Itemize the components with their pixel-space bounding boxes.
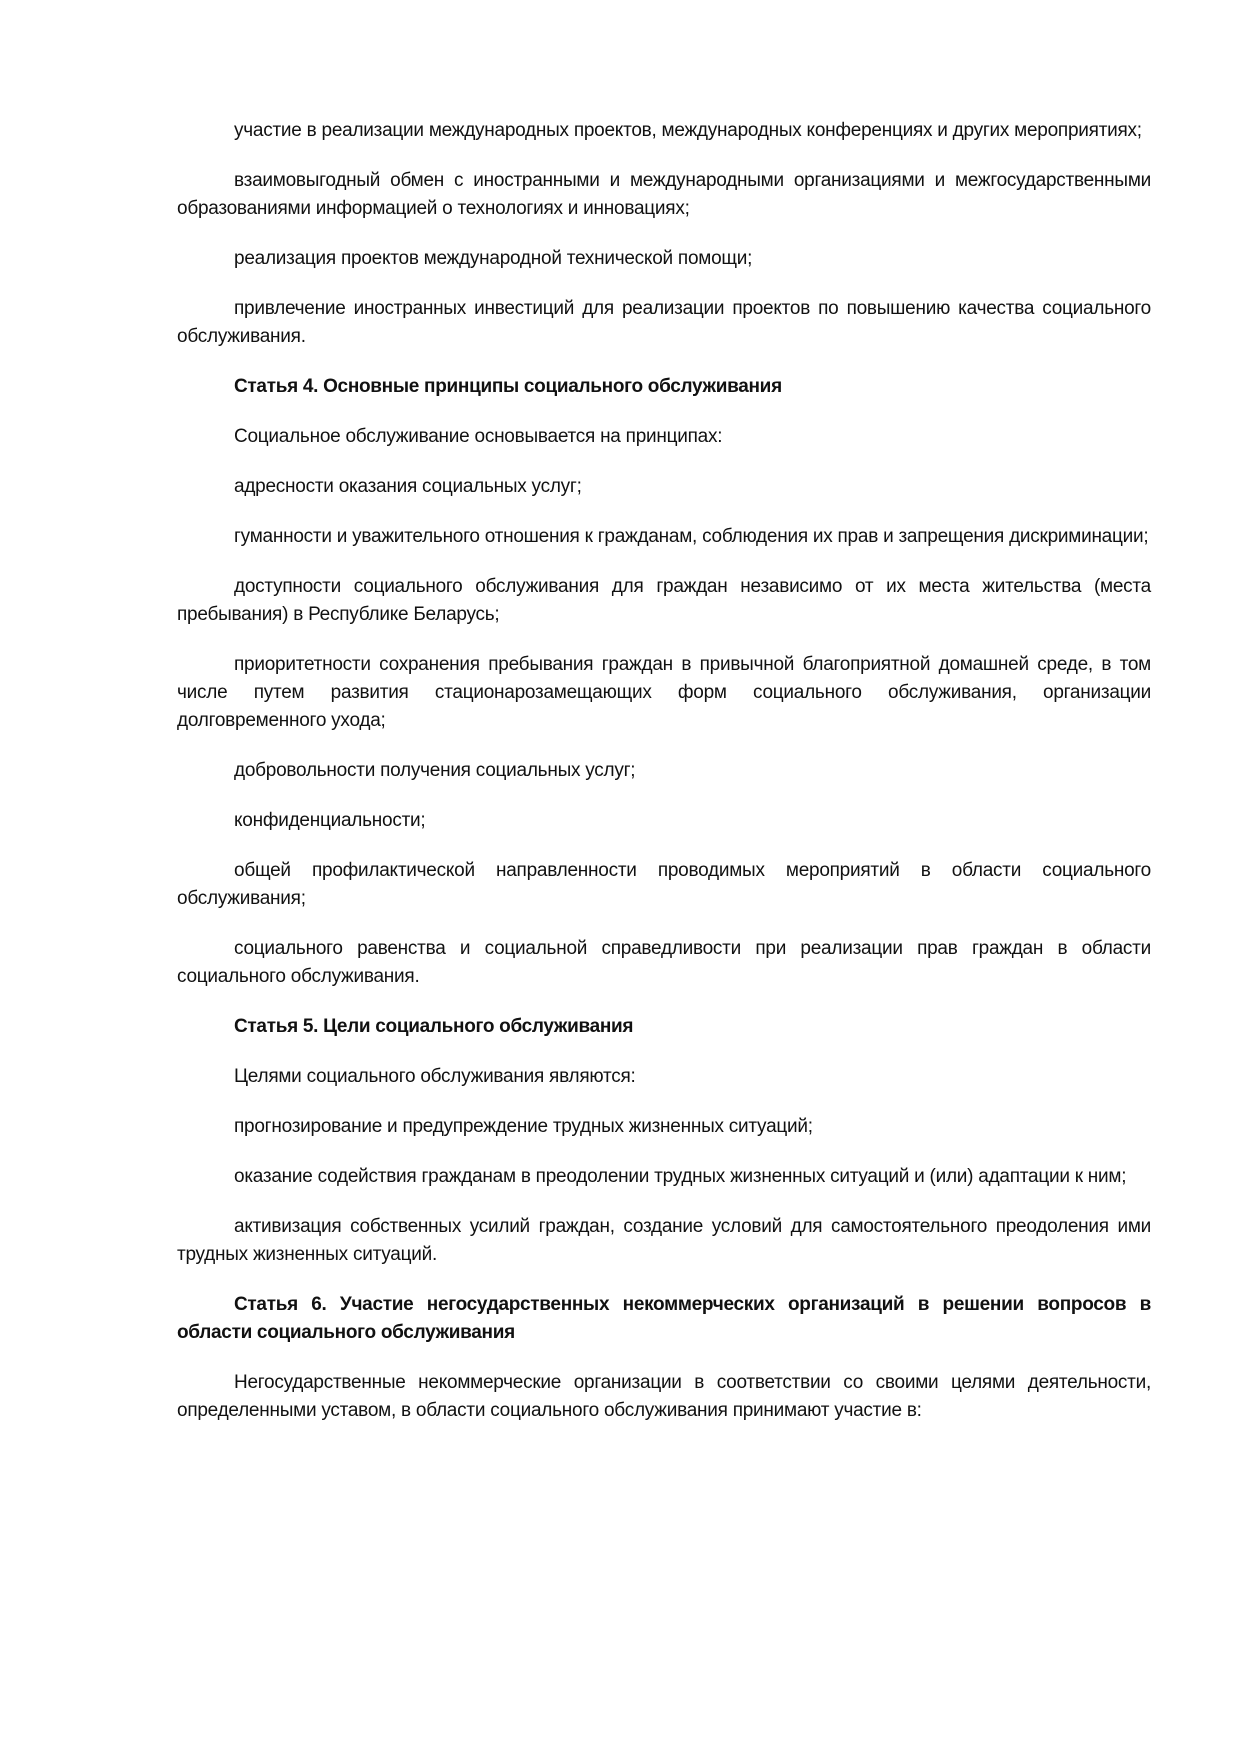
paragraph-principle-voluntariness: добровольности получения социальных услу… <box>177 757 1151 785</box>
paragraph-principle-equality: социального равенства и социальной справ… <box>177 935 1151 991</box>
paragraph-ngo-participation: Негосударственные некоммерческие организ… <box>177 1369 1151 1425</box>
article-6-heading: Статья 6. Участие негосударственных неко… <box>177 1291 1151 1347</box>
paragraph-principle-targeting: адресности оказания социальных услуг; <box>177 473 1151 501</box>
paragraph-principle-accessibility: доступности социального обслуживания для… <box>177 573 1151 629</box>
document-page: участие в реализации международных проек… <box>177 117 1151 1447</box>
paragraph-principle-confidentiality: конфиденциальности; <box>177 807 1151 835</box>
paragraph-foreign-investment: привлечение иностранных инвестиций для р… <box>177 295 1151 351</box>
paragraph-principle-humanity: гуманности и уважительного отношения к г… <box>177 523 1151 551</box>
paragraph-principle-home-environment: приоритетности сохранения пребывания гра… <box>177 651 1151 735</box>
paragraph-goal-assistance: оказание содействия гражданам в преодоле… <box>177 1163 1151 1191</box>
article-4-heading: Статья 4. Основные принципы социального … <box>177 373 1151 401</box>
paragraph-technical-assistance: реализация проектов международной технич… <box>177 245 1151 273</box>
article-5-heading: Статья 5. Цели социального обслуживания <box>177 1013 1151 1041</box>
paragraph-goals-intro: Целями социального обслуживания являются… <box>177 1063 1151 1091</box>
paragraph-international-projects: участие в реализации международных проек… <box>177 117 1151 145</box>
paragraph-information-exchange: взаимовыгодный обмен с иностранными и ме… <box>177 167 1151 223</box>
paragraph-principle-prevention: общей профилактической направленности пр… <box>177 857 1151 913</box>
paragraph-goal-forecasting: прогнозирование и предупреждение трудных… <box>177 1113 1151 1141</box>
paragraph-principles-intro: Социальное обслуживание основывается на … <box>177 423 1151 451</box>
paragraph-goal-self-reliance: активизация собственных усилий граждан, … <box>177 1213 1151 1269</box>
